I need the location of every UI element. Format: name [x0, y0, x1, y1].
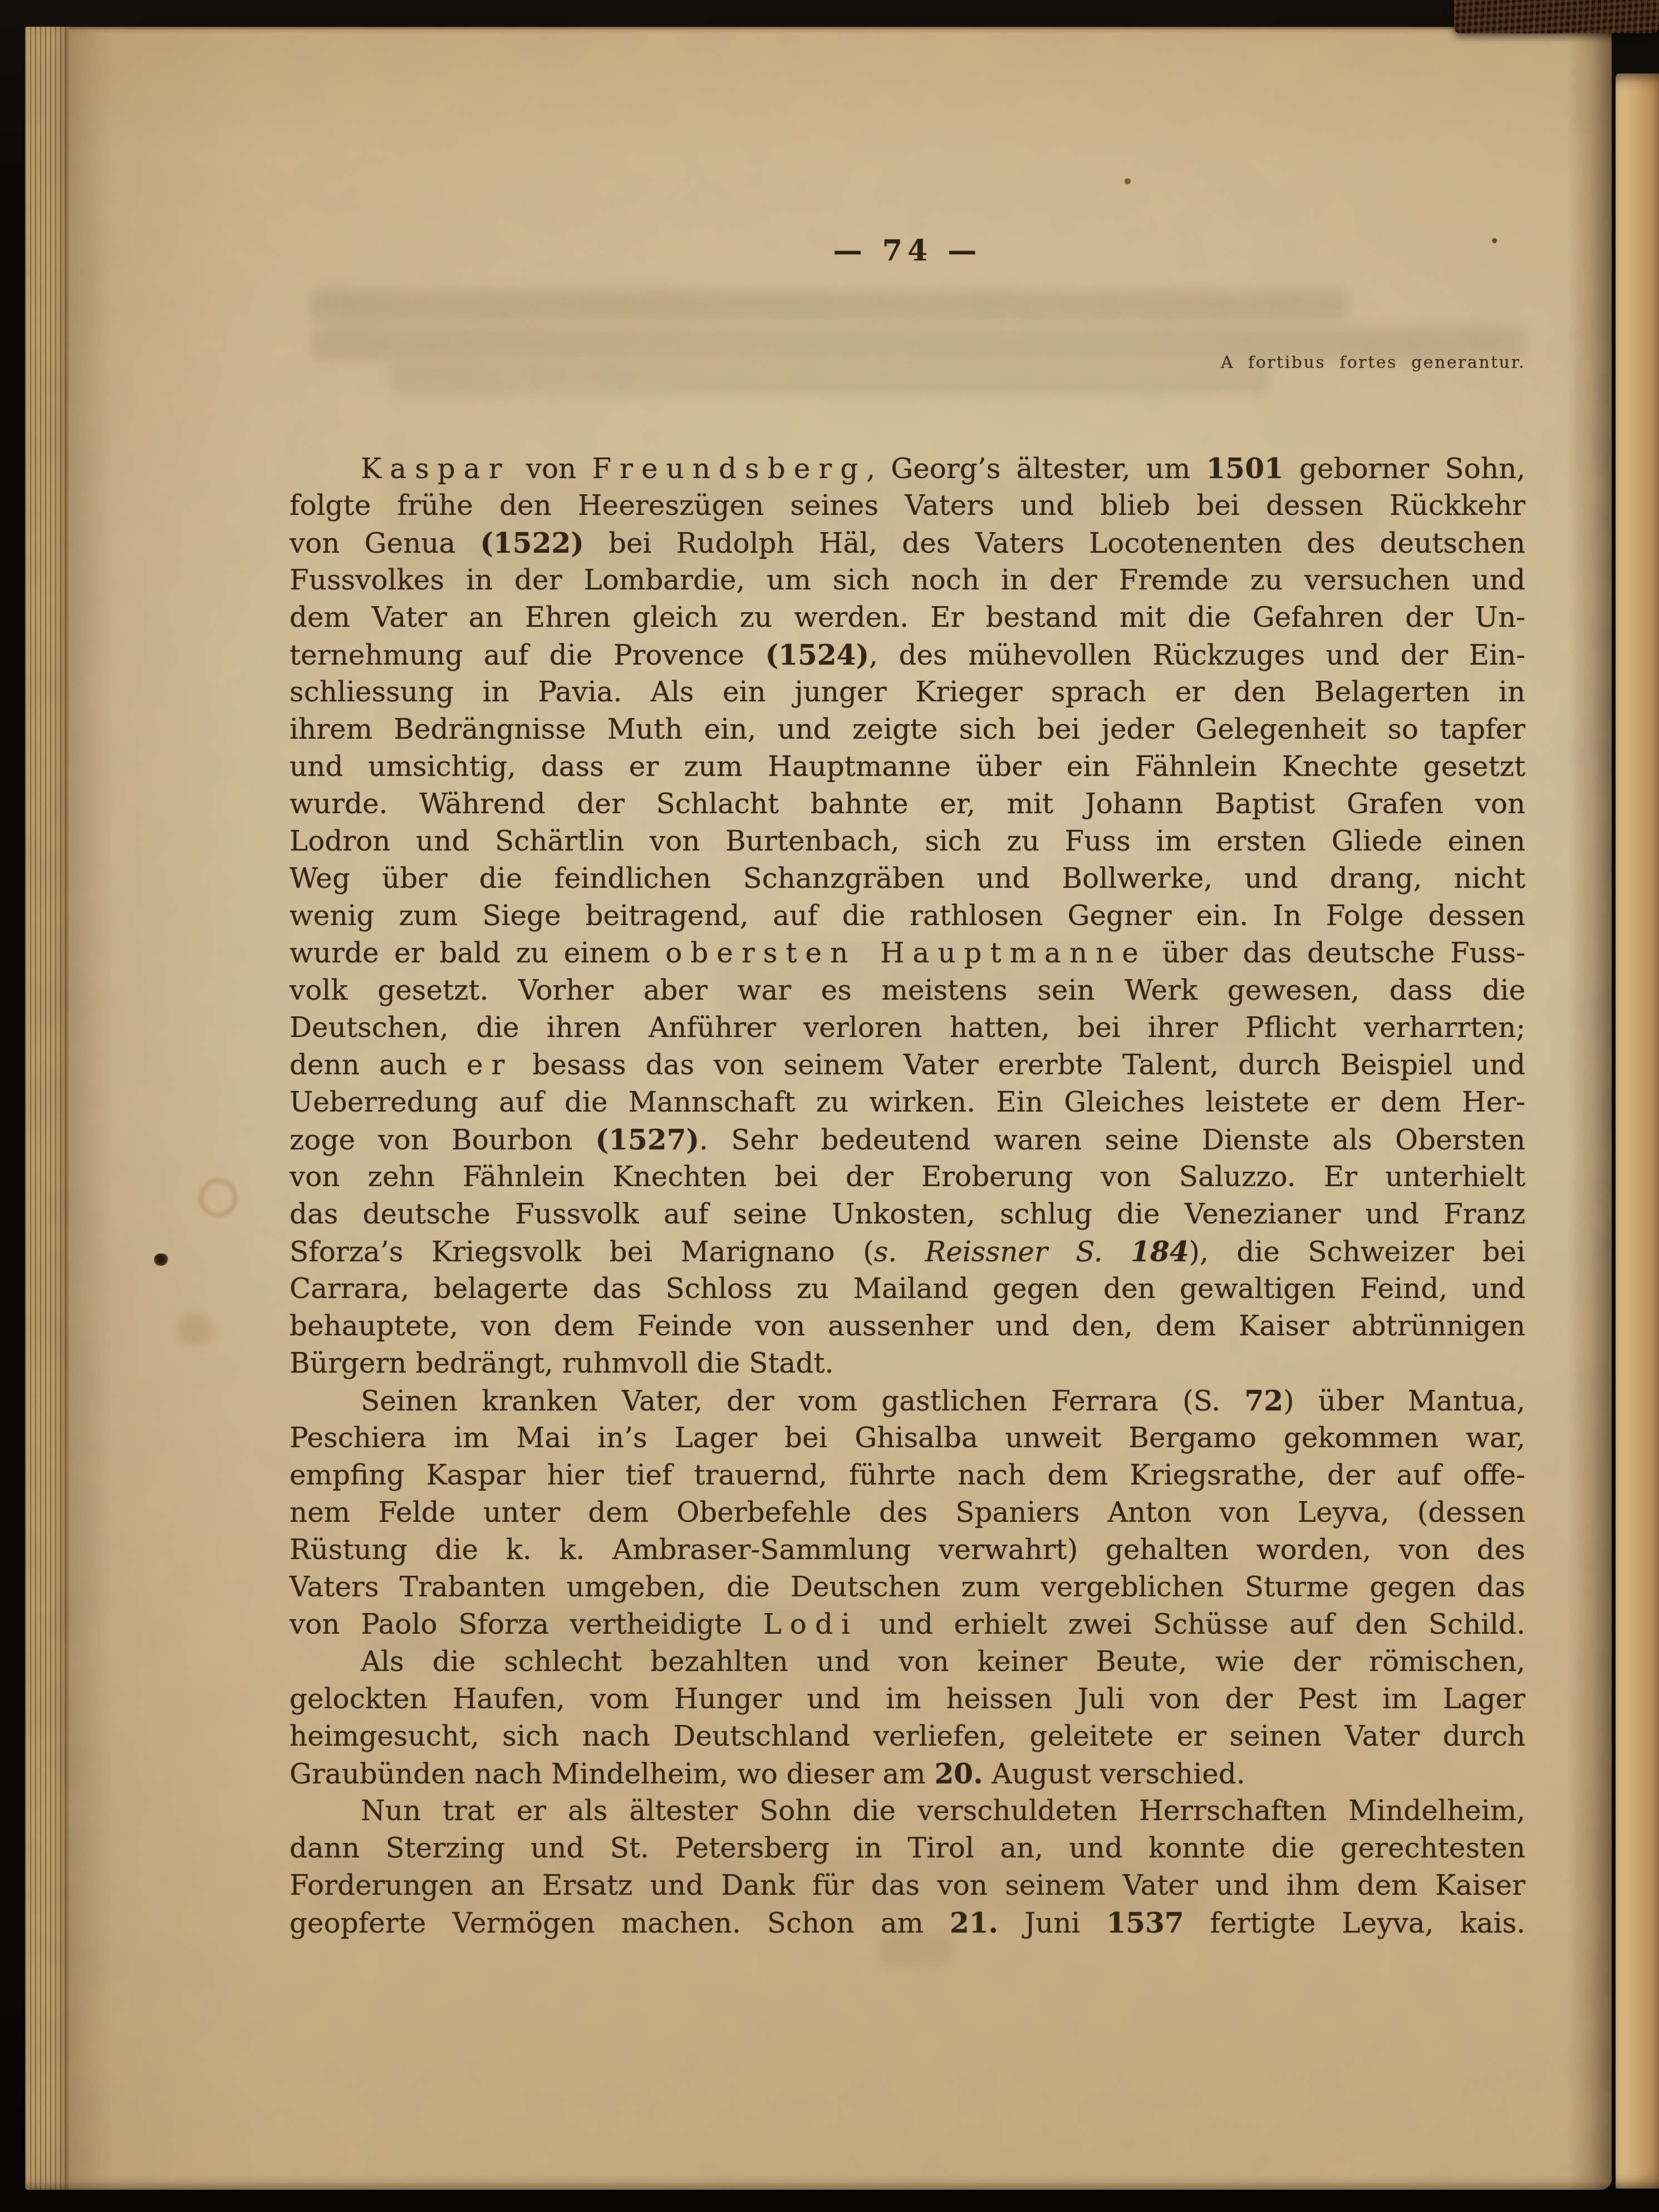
text-segment: Lodron und Schärtlin von Burtenbach, sic… [289, 825, 1525, 857]
text-segment: Forderungen an Ersatz und Dank für das v… [289, 1869, 1525, 1901]
text-line: von Genua (1522) bei Rudolph Häl, des Va… [289, 524, 1525, 562]
text-line: empfing Kaspar hier tief trauernd, führt… [289, 1457, 1525, 1494]
text-line: dann Sterzing und St. Petersberg in Tiro… [289, 1830, 1525, 1867]
text-segment: August verschied. [983, 1758, 1245, 1790]
text-line: Seinen kranken Vater, der vom gastlichen… [289, 1382, 1525, 1419]
text-segment: nem Felde unter dem Oberbefehle des Span… [289, 1496, 1525, 1528]
foxing-stain [197, 1177, 239, 1219]
text-line: Ueberredung auf die Mannschaft zu wirken… [289, 1084, 1525, 1121]
text-line: von zehn Fähnlein Knechten bei der Erobe… [289, 1158, 1525, 1196]
text-line: das deutsche Fussvolk auf seine Unkosten… [289, 1196, 1525, 1233]
text-segment: Rüstung die k. k. Ambraser-Sammlung verw… [289, 1533, 1525, 1566]
text-line: Vaters Trabanten umgeben, die Deutschen … [289, 1569, 1525, 1606]
text-segment: geborner Sohn, [1284, 453, 1525, 485]
fore-edge-shadow [68, 27, 113, 2190]
text-segment: 21. [950, 1906, 998, 1939]
foxing-spot [154, 1254, 169, 1266]
text-line: wurde. Während der Schlacht bahnte er, m… [289, 785, 1525, 823]
text-segment: (1527) [596, 1123, 699, 1156]
text-segment: über das deutsche Fuss- [1147, 937, 1525, 969]
text-segment: (1524) [765, 638, 869, 671]
text-segment: Lodi [763, 1608, 858, 1640]
text-segment: 72 [1244, 1384, 1283, 1417]
text-line: Forderungen an Ersatz und Dank für das v… [289, 1867, 1525, 1904]
text-line: Deutschen, die ihren Anführer verloren h… [289, 1009, 1525, 1046]
text-segment: Freundsberg [592, 453, 866, 485]
text-segment: wurde. Während der Schlacht bahnte er, m… [289, 788, 1525, 820]
text-segment: Nun trat er als ältester Sohn die versch… [361, 1795, 1525, 1827]
text-segment: wurde er bald zu einem [289, 937, 665, 969]
text-segment: heimgesucht, sich nach Deutschland verli… [289, 1720, 1525, 1752]
ink-speck [1492, 238, 1497, 243]
text-line: Graubünden nach Mindelheim, wo dieser am… [289, 1755, 1525, 1792]
text-segment: dem Vater an Ehren gleich zu werden. Er … [289, 601, 1525, 633]
text-segment: 1537 [1106, 1906, 1184, 1939]
text-segment: Seinen kranken Vater, der vom gastlichen… [361, 1385, 1244, 1417]
text-segment: Juni [998, 1907, 1106, 1939]
text-segment: gelockten Haufen, vom Hunger und im heis… [289, 1683, 1525, 1715]
motto: A fortibus fortes generantur. [1221, 353, 1525, 372]
text-line: denn auch er besass das von seinem Vater… [289, 1046, 1525, 1084]
text-segment: 20. [935, 1757, 983, 1790]
text-segment: Weg über die feindlichen Schanzgräben un… [289, 862, 1525, 894]
text-line: Lodron und Schärtlin von Burtenbach, sic… [289, 823, 1525, 860]
text-segment: von zehn Fähnlein Knechten bei der Erobe… [289, 1161, 1525, 1193]
text-segment: 1501 [1206, 452, 1284, 485]
text-segment: behauptete, von dem Feinde von aussenher… [289, 1310, 1525, 1342]
text-segment: ) über Mantua, [1283, 1385, 1525, 1417]
text-segment: von Paolo Sforza vertheidigte [289, 1608, 763, 1640]
foxing-stain [178, 1315, 213, 1346]
text-line: gelockten Haufen, vom Hunger und im heis… [289, 1680, 1525, 1718]
text-segment: folgte frühe den Heereszügen seines Vate… [289, 489, 1525, 522]
text-segment: obersten Hauptmanne [665, 937, 1147, 969]
text-line: Als die schlecht bezahlten und von keine… [289, 1643, 1525, 1680]
text-segment: und erhielt zwei Schüsse auf den Schild. [858, 1608, 1525, 1640]
text-segment: bei Rudolph Häl, des Vaters Locotenenten… [584, 527, 1525, 559]
text-segment: Fussvolkes in der Lombardie, um sich noc… [289, 564, 1525, 596]
text-segment: Ueberredung auf die Mannschaft zu wirken… [289, 1086, 1525, 1118]
ghost-showthrough [312, 289, 1347, 322]
text-line: folgte frühe den Heereszügen seines Vate… [289, 487, 1525, 524]
text-segment: empfing Kaspar hier tief trauernd, führt… [289, 1459, 1525, 1491]
text-line: wenig zum Siege beitragend, auf die rath… [289, 897, 1525, 935]
text-segment: 184 [1131, 1235, 1189, 1268]
text-line: Fussvolkes in der Lombardie, um sich noc… [289, 562, 1525, 599]
text-line: heimgesucht, sich nach Deutschland verli… [289, 1718, 1525, 1755]
text-segment: er [467, 1049, 513, 1081]
text-segment: Sforza’s Kriegsvolk bei Marignano ( [289, 1236, 874, 1268]
gutter-shadow [1567, 27, 1612, 2190]
text-line: Kaspar von Freundsberg, Georg’s ältester… [289, 450, 1525, 487]
text-line: volk gesetzt. Vorher aber war es meisten… [289, 972, 1525, 1009]
text-segment: s. Reissner S. [874, 1236, 1131, 1268]
text-segment: , des mühevollen Rückzuges und der Ein- [869, 639, 1525, 671]
adjacent-page-edge [1616, 73, 1659, 2189]
text-segment: Carrara, belagerte das Schloss zu Mailan… [289, 1272, 1525, 1305]
text-line: Peschiera im Mai in’s Lager bei Ghisalba… [289, 1419, 1525, 1457]
page-number: — 74 — [833, 234, 982, 268]
text-line: Carrara, belagerte das Schloss zu Mailan… [289, 1270, 1525, 1307]
text-segment: ihrem Bedrängnisse Muth ein, und zeigte … [289, 713, 1525, 745]
text-segment: Peschiera im Mai in’s Lager bei Ghisalba… [289, 1422, 1525, 1454]
text-segment: denn auch [289, 1049, 467, 1081]
text-segment: geopferte Vermögen machen. Schon am [289, 1907, 950, 1939]
ghost-showthrough [390, 363, 1269, 394]
text-line: Sforza’s Kriegsvolk bei Marignano (s. Re… [289, 1233, 1525, 1270]
text-segment: ), die Schweizer bei [1189, 1236, 1525, 1268]
scan-background: — 74 — A fortibus fortes generantur. Kas… [0, 0, 1659, 2212]
text-line: Rüstung die k. k. Ambraser-Sammlung verw… [289, 1531, 1525, 1569]
text-segment: und umsichtig, dass er zum Hauptmanne üb… [289, 750, 1525, 783]
text-line: wurde er bald zu einem obersten Hauptman… [289, 935, 1525, 972]
text-segment: ternehmung auf die Provence [289, 639, 765, 671]
text-segment: Als die schlecht bezahlten und von keine… [361, 1645, 1525, 1678]
text-line: ihrem Bedrängnisse Muth ein, und zeigte … [289, 711, 1525, 748]
text-line: behauptete, von dem Feinde von aussenher… [289, 1307, 1525, 1345]
text-segment: volk gesetzt. Vorher aber war es meisten… [289, 974, 1525, 1006]
text-segment: dann Sterzing und St. Petersberg in Tiro… [289, 1832, 1525, 1864]
text-line: und umsichtig, dass er zum Hauptmanne üb… [289, 748, 1525, 785]
text-line: Weg über die feindlichen Schanzgräben un… [289, 860, 1525, 897]
ink-speck [1125, 178, 1131, 184]
book-page: — 74 — A fortibus fortes generantur. Kas… [25, 27, 1612, 2190]
text-segment: fertigte Leyva, kais. [1184, 1907, 1525, 1939]
text-line: zoge von Bourbon (1527). Sehr bedeutend … [289, 1121, 1525, 1158]
text-segment: besass das von seinem Vater ererbte Tale… [513, 1049, 1525, 1081]
leather-spine [1454, 0, 1659, 33]
text-line: ternehmung auf die Provence (1524), des … [289, 636, 1525, 674]
body-text: Kaspar von Freundsberg, Georg’s ältester… [289, 450, 1525, 1941]
text-segment: , Georg’s ältester, um [866, 453, 1206, 485]
text-segment: wenig zum Siege beitragend, auf die rath… [289, 899, 1525, 932]
text-segment: zoge von Bourbon [289, 1124, 596, 1156]
text-line: dem Vater an Ehren gleich zu werden. Er … [289, 599, 1525, 636]
fore-edge-page-stack [25, 27, 68, 2190]
text-segment: schliessung in Pavia. Als ein junger Kri… [289, 676, 1525, 708]
text-segment: . Sehr bedeutend waren seine Dienste als… [699, 1124, 1525, 1156]
text-line: Nun trat er als ältester Sohn die versch… [289, 1792, 1525, 1830]
text-line: geopferte Vermögen machen. Schon am 21. … [289, 1904, 1525, 1941]
text-segment: das deutsche Fussvolk auf seine Unkosten… [289, 1198, 1525, 1230]
text-line: Bürgern bedrängt, ruhmvoll die Stadt. [289, 1345, 1525, 1382]
text-segment: von [511, 453, 592, 485]
text-segment: Kaspar [361, 453, 511, 485]
text-line: schliessung in Pavia. Als ein junger Kri… [289, 674, 1525, 711]
text-segment: Graubünden nach Mindelheim, wo dieser am [289, 1758, 935, 1790]
text-line: nem Felde unter dem Oberbefehle des Span… [289, 1494, 1525, 1531]
text-line: von Paolo Sforza vertheidigte Lodi und e… [289, 1606, 1525, 1643]
text-segment: Bürgern bedrängt, ruhmvoll die Stadt. [289, 1347, 833, 1379]
text-segment: von Genua [289, 527, 480, 559]
text-segment: Vaters Trabanten umgeben, die Deutschen … [289, 1571, 1525, 1603]
text-segment: (1522) [480, 527, 583, 559]
text-segment: Deutschen, die ihren Anführer verloren h… [289, 1011, 1525, 1044]
